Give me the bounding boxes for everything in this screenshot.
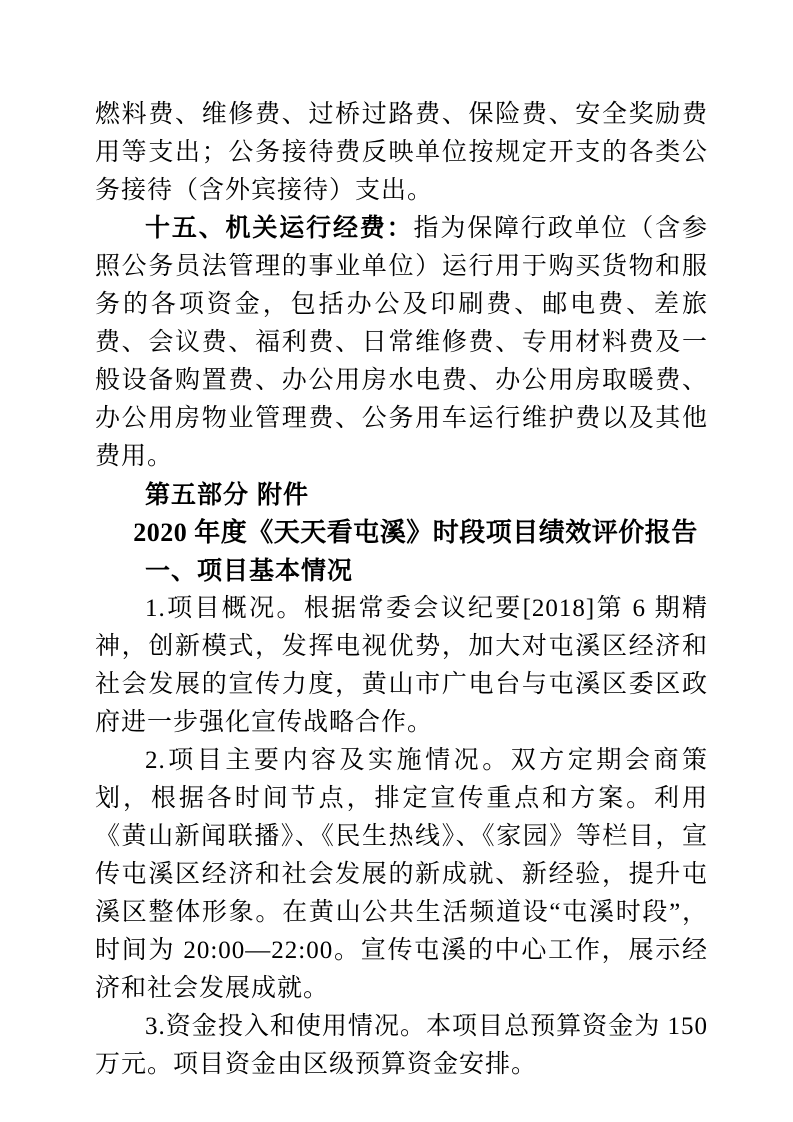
paragraph-project-overview: 1.项目概况。根据常委会议纪要[2018]第 6 期精神，创新模式，发挥电视优势… (95, 590, 708, 742)
section-heading-part5-attachment: 第五部分 附件 (95, 476, 708, 514)
paragraph-agency-operating-expenses: 十五、机关运行经费：指为保障行政单位（含参照公务员法管理的事业单位）运行用于购买… (95, 210, 708, 476)
report-title: 2020 年度《天天看屯溪》时段项目绩效评价报告 (95, 514, 708, 552)
document-content: 燃料费、维修费、过桥过路费、保险费、安全奖励费用等支出；公务接待费反映单位按规定… (95, 96, 708, 1084)
paragraph-project-content-implementation: 2.项目主要内容及实施情况。双方定期会商策划，根据各时间节点，排定宣传重点和方案… (95, 742, 708, 1008)
paragraph-operating-lead: 十五、机关运行经费： (145, 215, 414, 242)
document-page: 燃料费、维修费、过桥过路费、保险费、安全奖励费用等支出；公务接待费反映单位按规定… (0, 0, 793, 1122)
section-heading-project-basic-info: 一、项目基本情况 (95, 552, 708, 590)
paragraph-operating-rest: 指为保障行政单位（含参照公务员法管理的事业单位）运行用于购买货物和服务的各项资金… (95, 215, 708, 470)
paragraph-fuel-expenses: 燃料费、维修费、过桥过路费、保险费、安全奖励费用等支出；公务接待费反映单位按规定… (95, 96, 708, 210)
paragraph-funding-usage: 3.资金投入和使用情况。本项目总预算资金为 150 万元。项目资金由区级预算资金… (95, 1008, 708, 1084)
